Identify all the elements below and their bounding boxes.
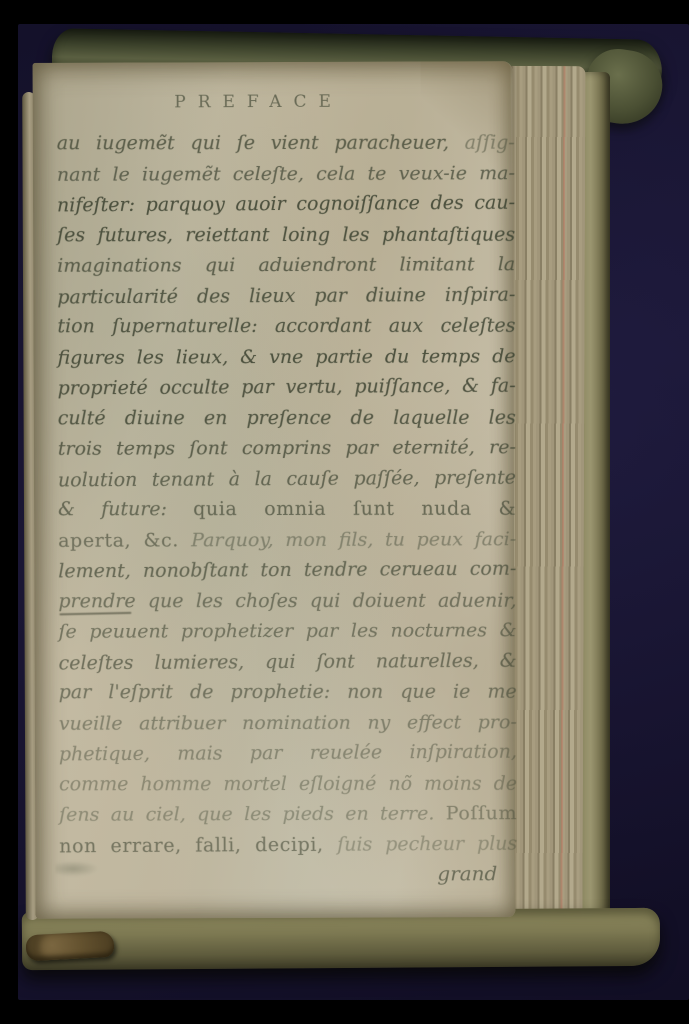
text-line: au iugemẽt qui ſe vient paracheuer, aſſi… xyxy=(57,128,515,159)
catchword: grand xyxy=(437,861,497,885)
text-line: lement, nonobſtant ton tendre cerueau co… xyxy=(58,554,516,587)
text-line: trois temps ſont comprins par eternité, … xyxy=(58,432,516,464)
text-line: ſes futures, reiettant loing les phantaſ… xyxy=(57,219,515,250)
text-line: phetique, mais par reuelée inſpiration, xyxy=(59,737,517,770)
text-line: par l'eſprit de prophetie: non que ie me xyxy=(59,677,517,708)
text-line: aperta, &c. Parquoy, mon fils, tu peux f… xyxy=(58,524,516,556)
text-line: imaginations qui aduiendront limitant la xyxy=(57,249,515,281)
text-line: non errare, falli, decipi, ſuis pecheur … xyxy=(59,828,517,861)
page-header: PREFACE xyxy=(33,91,485,113)
book-page: PREFACE au iugemẽt qui ſe vient paracheu… xyxy=(33,61,516,919)
text-line: proprieté occulte par vertu, puiſſance, … xyxy=(58,371,516,404)
page-text: au iugemẽt qui ſe vient paracheuer, aſſi… xyxy=(57,127,518,861)
text-line: particularité des lieux par diuine inſpi… xyxy=(57,279,515,312)
text-line: celeſtes lumieres, qui ſont naturelles, … xyxy=(59,645,517,678)
text-line: nant le iugemẽt celeſte, cela te veux-ie… xyxy=(57,158,515,190)
vellum-tie-knot xyxy=(25,931,114,962)
text-line: nifeſter: parquoy auoir cognoiſſance des… xyxy=(57,188,515,221)
text-line: uolution tenant à la cauſe paſſée, preſe… xyxy=(58,462,516,495)
text-line: culté diuine en preſence de laquelle les xyxy=(58,402,516,433)
text-line: tion ſupernaturelle: accordant aux celeſ… xyxy=(57,311,515,342)
text-line: figures les lieux, & vne partie du temps… xyxy=(57,341,515,373)
text-line: comme homme mortel eſloigné nõ moins de xyxy=(59,768,517,799)
text-line: ſe peuuent prophetizer par les nocturnes… xyxy=(58,615,516,647)
text-line: & future: quia omnia ſunt nuda & xyxy=(58,494,516,525)
signature-mark-smudge xyxy=(55,861,99,877)
text-line: vueille attribuer nomination ny effect p… xyxy=(59,707,517,739)
text-line: ſens au ciel, que les pieds en terre. Po… xyxy=(59,798,517,830)
